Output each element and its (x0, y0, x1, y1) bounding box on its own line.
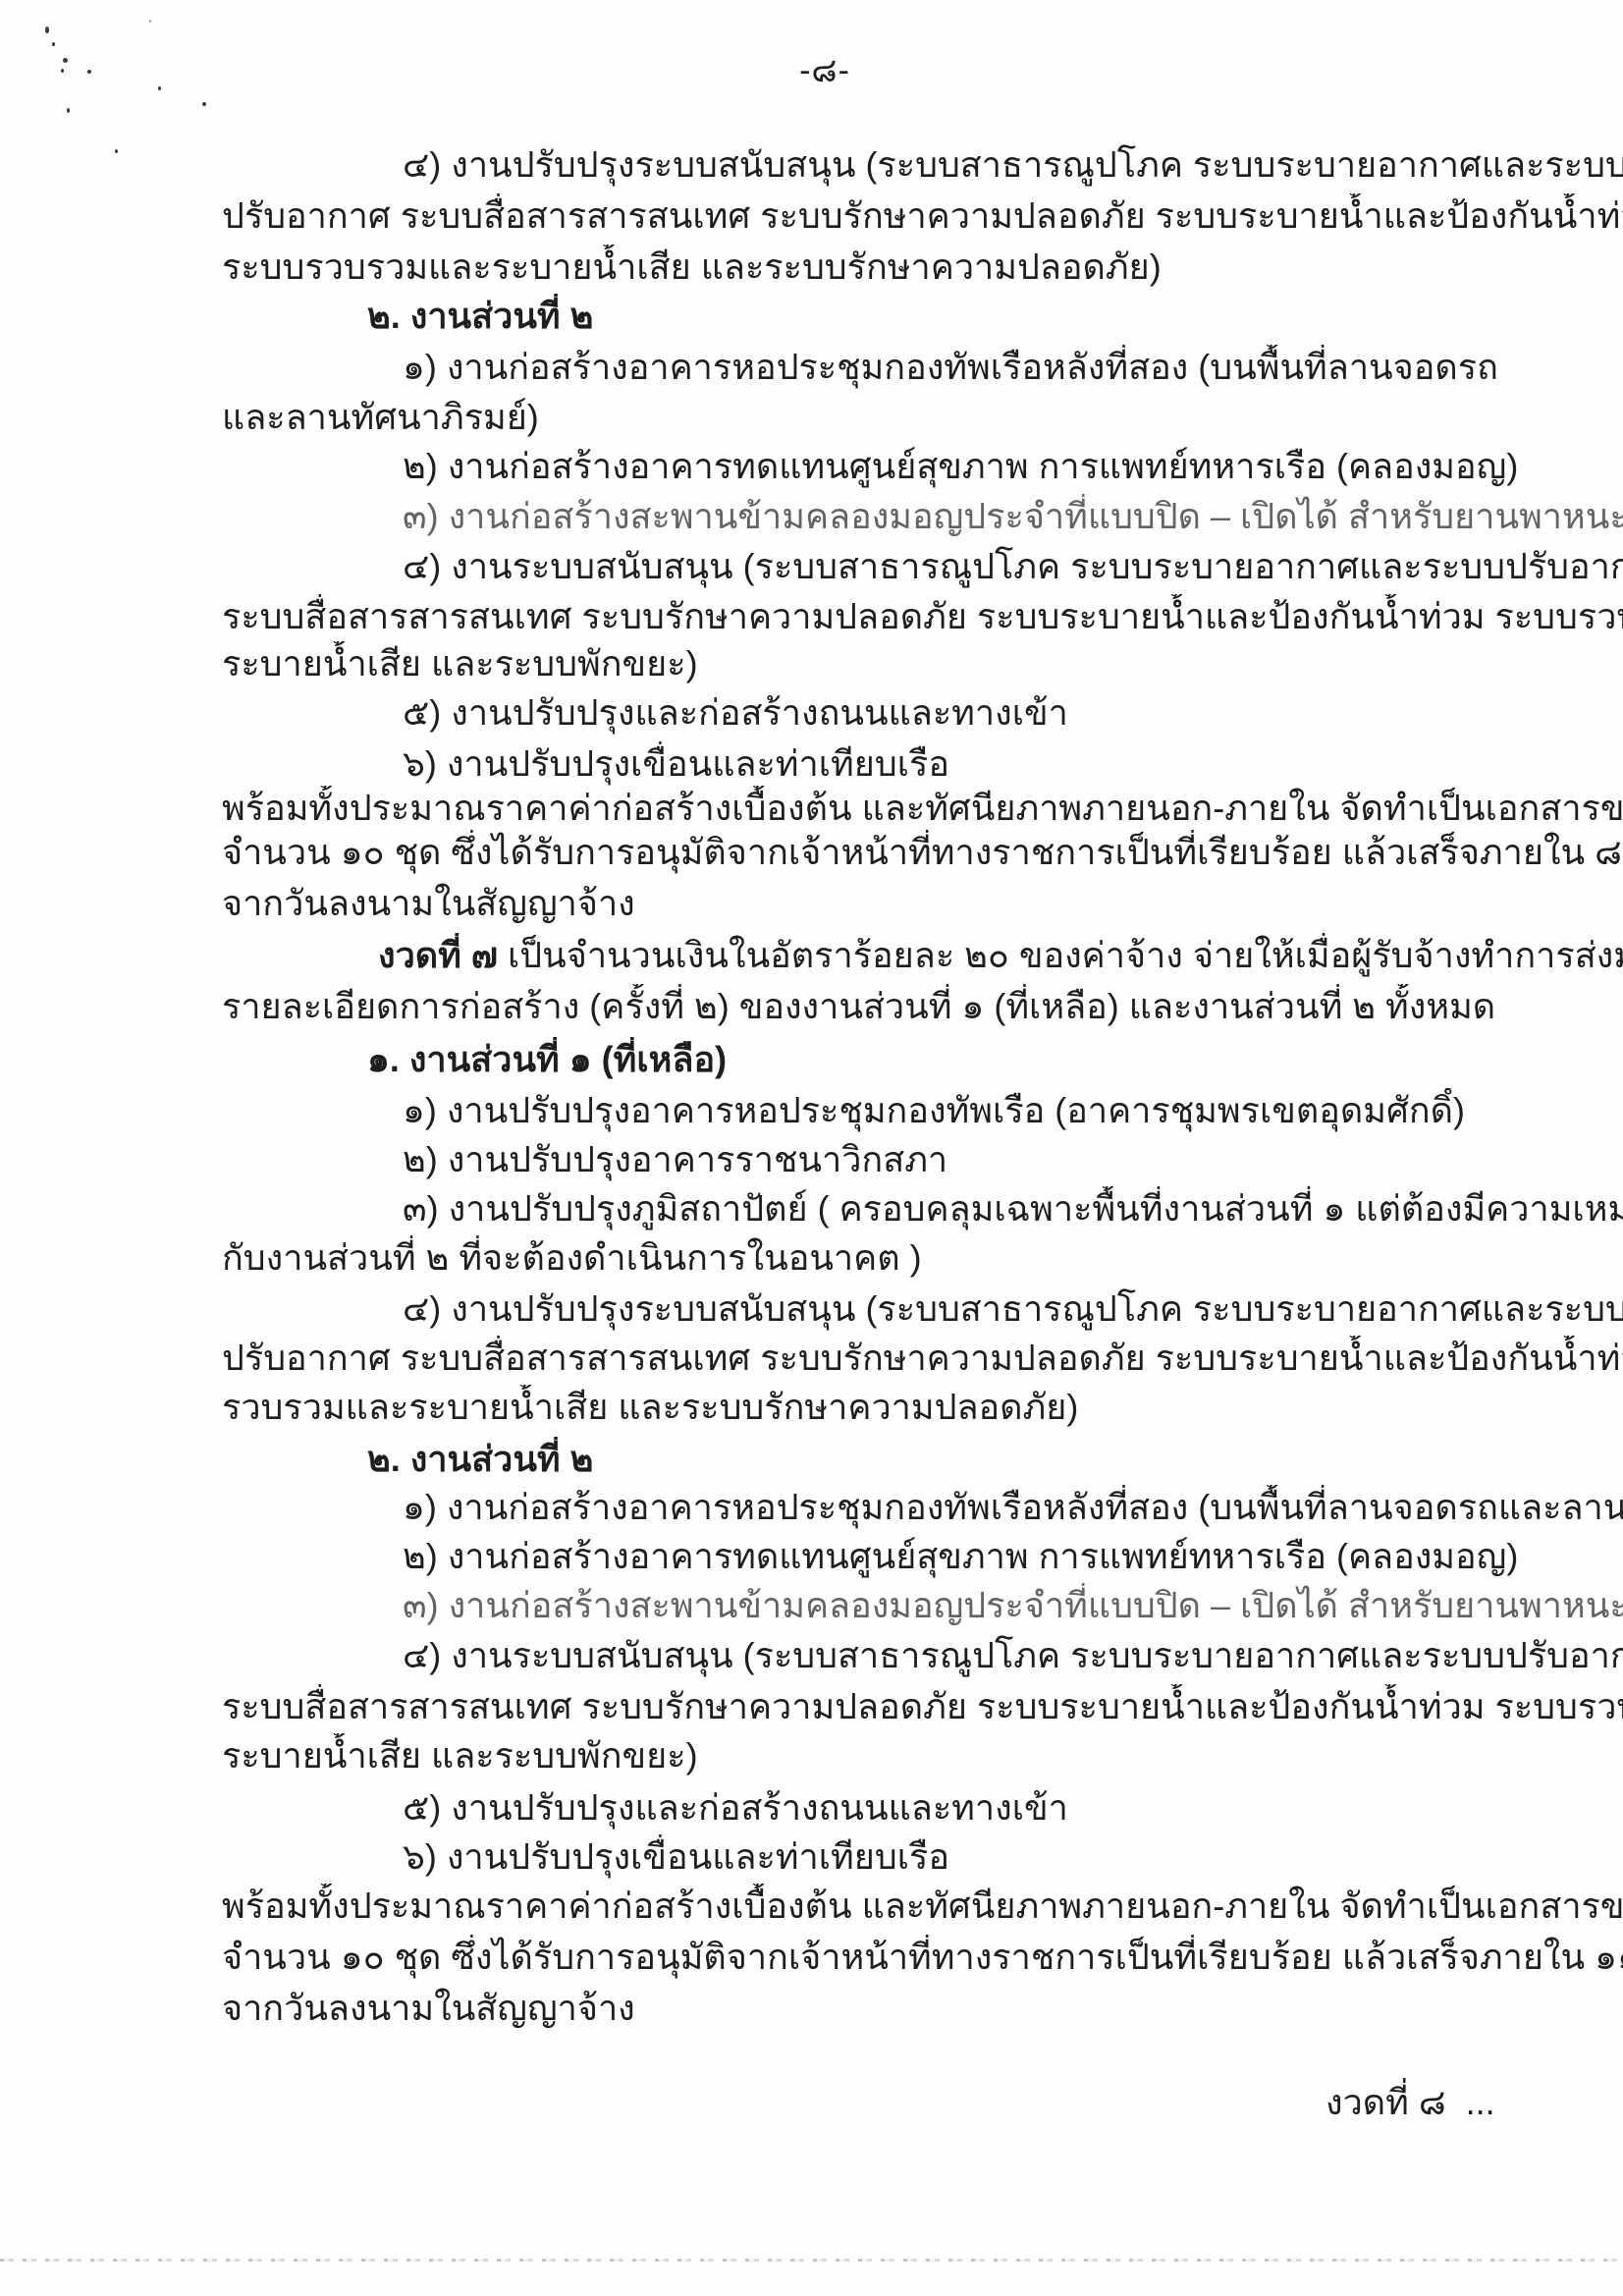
line-text: ระบายน้ำเสีย และระบบพักขยะ) (222, 643, 698, 683)
document-line: ๕) งานปรับปรุงและก่อสร้างถนนและทางเข้า (403, 690, 1068, 736)
line-text: ๒) งานก่อสร้างอาคารทดแทนศูนย์สุขภาพ การแ… (403, 446, 1518, 486)
line-text: เป็นจำนวนเงินในอัตราร้อยละ ๒๐ ของค่าจ้าง… (508, 935, 1623, 975)
document-line: ๕) งานปรับปรุงและก่อสร้างถนนและทางเข้า (403, 1785, 1068, 1831)
document-line: รวบรวมและระบายน้ำเสีย และระบบรักษาความปล… (222, 1385, 1078, 1430)
document-line: ๒. งานส่วนที่ ๒ (367, 1437, 593, 1482)
scan-speckle (61, 69, 64, 73)
document-line: ๓) งานปรับปรุงภูมิสถาปัตย์ ( ครอบคลุมเฉพ… (403, 1186, 1623, 1231)
document-line: งวดที่ ๗ เป็นจำนวนเงินในอัตราร้อยละ ๒๐ ข… (378, 933, 1623, 978)
scan-speckle (149, 20, 151, 23)
line-text: และลานทัศนาภิรมย์) (222, 397, 539, 437)
line-text: จำนวน ๑๐ ชุด ซึ่งได้รับการอนุมัติจากเจ้า… (222, 1937, 1623, 1977)
document-line: กับงานส่วนที่ ๒ ที่จะต้องดำเนินการในอนาค… (222, 1235, 922, 1281)
line-text: ระบบรวบรวมและระบายน้ำเสีย และระบบรักษาคว… (222, 246, 1162, 287)
document-line: ระบบสื่อสารสารสนเทศ ระบบรักษาความปลอดภัย… (222, 594, 1623, 639)
line-text: จากวันลงนามในสัญญาจ้าง (222, 1988, 635, 2028)
scan-speckle (67, 108, 70, 113)
document-line: ๔) งานระบบสนับสนุน (ระบบสาธารณูปโภค ระบบ… (403, 544, 1623, 589)
document-line: ๒) งานปรับปรุงอาคารราชนาวิกสภา (403, 1137, 947, 1182)
scan-artifact-line (0, 2259, 1623, 2262)
footer-catchword: งวดที่ ๘ ... (1325, 2074, 1495, 2130)
line-text: ๑) งานปรับปรุงอาคารหอประชุมกองทัพเรือ (อ… (403, 1090, 1465, 1130)
document-line: จำนวน ๑๐ ชุด ซึ่งได้รับการอนุมัติจากเจ้า… (222, 1935, 1623, 1980)
document-line: ระบายน้ำเสีย และระบบพักขยะ) (222, 641, 698, 686)
line-text: ๑. งานส่วนที่ ๑ (ที่เหลือ) (367, 1039, 727, 1079)
document-line: จากวันลงนามในสัญญาจ้าง (222, 1986, 635, 2031)
line-text: ๓) งานปรับปรุงภูมิสถาปัตย์ ( ครอบคลุมเฉพ… (403, 1188, 1623, 1229)
document-line: พร้อมทั้งประมาณราคาค่าก่อสร้างเบื้องต้น … (222, 786, 1623, 831)
document-line: ระบบรวบรวมและระบายน้ำเสีย และระบบรักษาคว… (222, 245, 1162, 290)
document-line: ๑) งานก่อสร้างอาคารหอประชุมกองทัพเรือหลั… (403, 1485, 1623, 1530)
line-text: ๓) งานก่อสร้างสะพานข้ามคลองมอญประจำที่แบ… (403, 1585, 1623, 1625)
scan-speckle (202, 102, 206, 106)
document-line: ๔) งานระบบสนับสนุน (ระบบสาธารณูปโภค ระบบ… (403, 1633, 1623, 1678)
line-text: งวดที่ ๗ (378, 935, 508, 975)
document-line: ๔) งานปรับปรุงระบบสนับสนุน (ระบบสาธารณูป… (403, 142, 1623, 188)
line-text: ๒) งานปรับปรุงอาคารราชนาวิกสภา (403, 1139, 947, 1179)
document-line: จำนวน ๑๐ ชุด ซึ่งได้รับการอนุมัติจากเจ้า… (222, 830, 1623, 875)
line-text: ระบบสื่อสารสารสนเทศ ระบบรักษาความปลอดภัย… (222, 1686, 1623, 1726)
document-line: ปรับอากาศ ระบบสื่อสารสารสนเทศ ระบบรักษาค… (222, 1336, 1623, 1381)
scan-speckle (115, 149, 118, 153)
document-line: ๑) งานปรับปรุงอาคารหอประชุมกองทัพเรือ (อ… (403, 1088, 1465, 1133)
line-text: รายละเอียดการก่อสร้าง (ครั้งที่ ๒) ของงา… (222, 986, 1495, 1026)
document-line: ๒) งานก่อสร้างอาคารทดแทนศูนย์สุขภาพ การแ… (403, 1534, 1518, 1579)
scan-speckle (158, 86, 161, 90)
line-text: พร้อมทั้งประมาณราคาค่าก่อสร้างเบื้องต้น … (222, 1886, 1623, 1926)
line-text: ๑) งานก่อสร้างอาคารหอประชุมกองทัพเรือหลั… (403, 1487, 1623, 1527)
line-text: ๔) งานระบบสนับสนุน (ระบบสาธารณูปโภค ระบบ… (403, 1635, 1623, 1675)
document-line: ๔) งานปรับปรุงระบบสนับสนุน (ระบบสาธารณูป… (403, 1286, 1623, 1332)
document-line: ระบายน้ำเสีย และระบบพักขยะ) (222, 1733, 698, 1778)
document-line: จากวันลงนามในสัญญาจ้าง (222, 881, 635, 926)
line-text: รวบรวมและระบายน้ำเสีย และระบบรักษาความปล… (222, 1387, 1078, 1427)
line-text: ๒. งานส่วนที่ ๒ (367, 1439, 593, 1479)
document-line: พร้อมทั้งประมาณราคาค่าก่อสร้างเบื้องต้น … (222, 1884, 1623, 1929)
document-line: รายละเอียดการก่อสร้าง (ครั้งที่ ๒) ของงา… (222, 984, 1495, 1029)
scan-speckle (63, 58, 68, 63)
line-text: จากวันลงนามในสัญญาจ้าง (222, 883, 635, 923)
line-text: ปรับอากาศ ระบบสื่อสารสารสนเทศ ระบบรักษาค… (222, 195, 1623, 236)
line-text: ๒) งานก่อสร้างอาคารทดแทนศูนย์สุขภาพ การแ… (403, 1536, 1518, 1576)
document-line: ๑) งานก่อสร้างอาคารหอประชุมกองทัพเรือหลั… (403, 345, 1498, 390)
line-text: ๒. งานส่วนที่ ๒ (367, 296, 593, 336)
line-text: ๑) งานก่อสร้างอาคารหอประชุมกองทัพเรือหลั… (403, 347, 1498, 387)
line-text: ๕) งานปรับปรุงและก่อสร้างถนนและทางเข้า (403, 692, 1068, 733)
document-line: ปรับอากาศ ระบบสื่อสารสารสนเทศ ระบบรักษาค… (222, 193, 1623, 239)
document-line: ๖) งานปรับปรุงเขื่อนและท่าเทียบเรือ (403, 1834, 949, 1880)
line-text: ปรับอากาศ ระบบสื่อสารสารสนเทศ ระบบรักษาค… (222, 1338, 1623, 1378)
document-line: ๓) งานก่อสร้างสะพานข้ามคลองมอญประจำที่แบ… (403, 494, 1623, 539)
line-text: จำนวน ๑๐ ชุด ซึ่งได้รับการอนุมัติจากเจ้า… (222, 832, 1623, 872)
document-line: ๖) งานปรับปรุงเขื่อนและท่าเทียบเรือ (403, 741, 949, 787)
line-text: ๓) งานก่อสร้างสะพานข้ามคลองมอญประจำที่แบ… (403, 496, 1623, 536)
document-line: ระบบสื่อสารสารสนเทศ ระบบรักษาความปลอดภัย… (222, 1684, 1623, 1729)
line-text: ๔) งานระบบสนับสนุน (ระบบสาธารณูปโภค ระบบ… (403, 546, 1623, 586)
page-number: -๘- (0, 43, 1623, 96)
line-text: ๔) งานปรับปรุงระบบสนับสนุน (ระบบสาธารณูป… (403, 1288, 1623, 1329)
line-text: ๖) งานปรับปรุงเขื่อนและท่าเทียบเรือ (403, 1836, 949, 1877)
line-text: ระบายน้ำเสีย และระบบพักขยะ) (222, 1735, 698, 1776)
line-text: พร้อมทั้งประมาณราคาค่าก่อสร้างเบื้องต้น … (222, 788, 1623, 828)
line-text: ๖) งานปรับปรุงเขื่อนและท่าเทียบเรือ (403, 743, 949, 784)
scan-speckle (45, 27, 49, 33)
scan-speckle (87, 70, 91, 74)
document-line: และลานทัศนาภิรมย์) (222, 395, 539, 440)
scan-speckle (52, 42, 55, 46)
document-line: ๑. งานส่วนที่ ๑ (ที่เหลือ) (367, 1037, 727, 1082)
line-text: ๕) งานปรับปรุงและก่อสร้างถนนและทางเข้า (403, 1787, 1068, 1828)
document-line: ๒) งานก่อสร้างอาคารทดแทนศูนย์สุขภาพ การแ… (403, 444, 1518, 489)
line-text: ระบบสื่อสารสารสนเทศ ระบบรักษาความปลอดภัย… (222, 596, 1623, 636)
document-line: ๒. งานส่วนที่ ๒ (367, 294, 593, 339)
document-line: ๓) งานก่อสร้างสะพานข้ามคลองมอญประจำที่แบ… (403, 1583, 1623, 1628)
document-page: -๘- ๔) งานปรับปรุงระบบสนับสนุน (ระบบสาธา… (0, 0, 1623, 2296)
line-text: กับงานส่วนที่ ๒ ที่จะต้องดำเนินการในอนาค… (222, 1237, 922, 1278)
line-text: ๔) งานปรับปรุงระบบสนับสนุน (ระบบสาธารณูป… (403, 144, 1623, 185)
